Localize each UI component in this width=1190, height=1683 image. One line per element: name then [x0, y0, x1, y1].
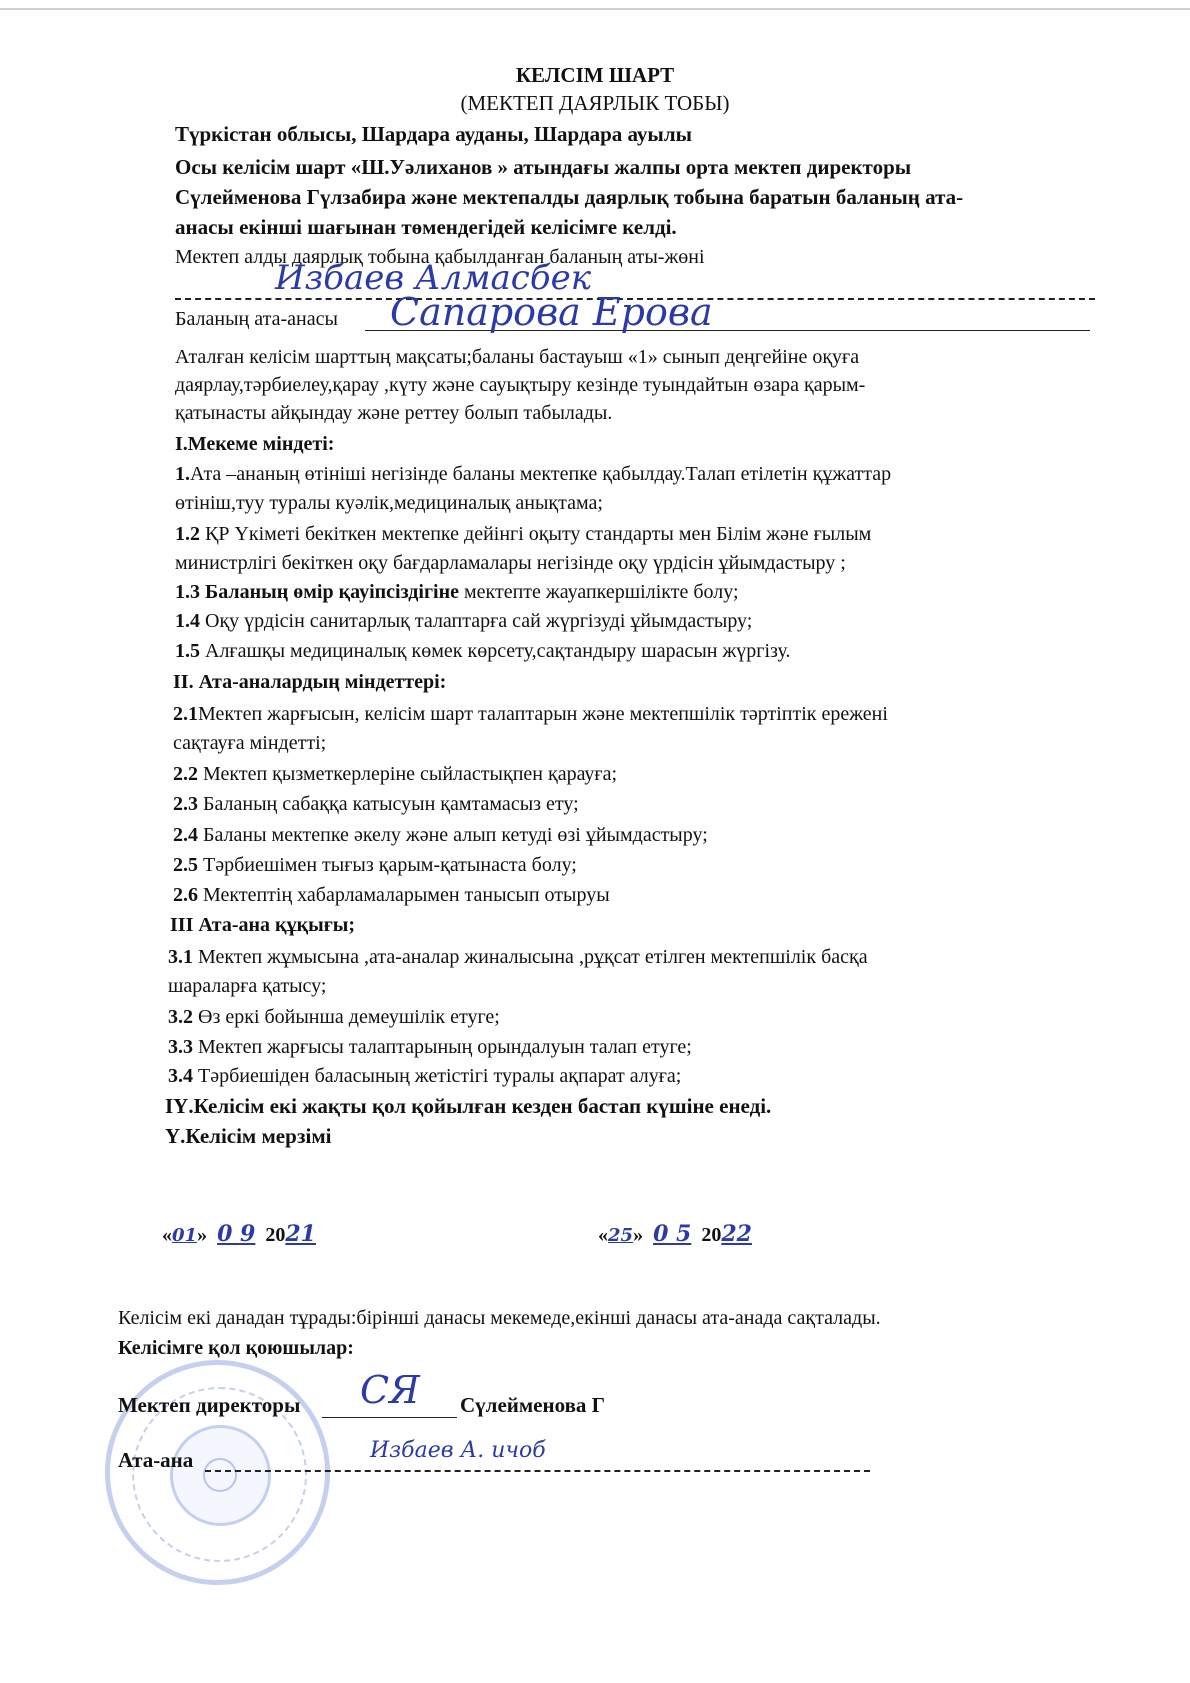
director-signature-line [322, 1417, 457, 1418]
section-1-item-2-cont: министрлігі бекіткен оқу бағдарламалары … [175, 551, 846, 575]
section-2-item-6: 2.6 Мектептің хабарламаларымен танысып о… [173, 883, 610, 907]
end-day: 25 [608, 1225, 633, 1246]
document-subtitle: (МЕКТЕП ДАЯРЛЫК ТОБЫ) [0, 91, 1190, 115]
section-1-item-4: 1.4 Оқу үрдісін санитарлық талаптарға са… [175, 609, 752, 633]
section-1-heading: І.Мекеме міндеті: [175, 432, 334, 456]
location-line: Түркістан облысы, Шардара ауданы, Шардар… [175, 122, 692, 146]
section-2-item-1: 2.1Мектеп жарғысын, келісім шарт талапта… [173, 702, 888, 726]
section-3-item-2: 3.2 Өз еркі бойынша демеушілік етуге; [168, 1005, 500, 1029]
section-2-heading: ІІ. Ата-аналардың міндеттері: [173, 670, 446, 694]
end-month: 0 5 [643, 1221, 701, 1247]
section-2-item-1-cont: сақтауға міндетті; [173, 731, 326, 755]
section-5-heading: Ү.Келісім мерзімі [165, 1124, 331, 1148]
director-label: Мектеп директоры [118, 1393, 300, 1417]
scan-edge-line [0, 8, 1190, 10]
end-year: 22 [721, 1221, 752, 1247]
parent-sign-label: Ата-ана [118, 1448, 193, 1472]
scanned-document-page: КЕЛСІМ ШАРТ (МЕКТЕП ДАЯРЛЫК ТОБЫ) Түркіс… [0, 0, 1190, 1683]
section-3-item-1-cont: шараларға қатысу; [168, 974, 326, 998]
section-2-item-5: 2.5 Тәрбиешімен тығыз қарым-қатынаста бо… [173, 853, 577, 877]
parent-signature: Избаев А. ичоб [370, 1438, 546, 1463]
start-year: 21 [285, 1221, 316, 1247]
section-3-item-4: 3.4 Тәрбиешіден баласының жетістігі тура… [168, 1064, 681, 1088]
section-2-item-3: 2.3 Баланың сабаққа катысуын қамтамасыз … [173, 792, 579, 816]
section-1-item-5: 1.5 Алғашқы медициналық көмек көрсету,са… [175, 639, 791, 663]
term-start-date: «01»0 92021 [162, 1222, 316, 1248]
start-day: 01 [172, 1225, 197, 1246]
signatories-heading: Келісімге қол қоюшылар: [118, 1336, 354, 1360]
copies-note: Келісім екі данадан тұрады:бірінші данас… [118, 1306, 881, 1330]
start-month: 0 9 [207, 1221, 265, 1247]
section-2-item-2: 2.2 Мектеп қызметкерлеріне сыйластықпен … [173, 762, 617, 786]
section-3-item-3: 3.3 Мектеп жарғысы талаптарының орындалу… [168, 1035, 692, 1059]
parent-name-label: Баланың ата-анасы [175, 307, 338, 331]
section-1-item-1: 1.Ата –ананың өтініші негізінде баланы м… [175, 462, 891, 486]
director-name: Сүлейменова Г [460, 1393, 605, 1417]
section-3-item-1: 3.1 Мектеп жұмысына ,ата-аналар жиналысы… [168, 945, 868, 969]
section-4-text: ІҮ.Келісім екі жақты қол қойылған кезден… [165, 1094, 771, 1118]
term-end-date: «25»0 52022 [598, 1222, 752, 1248]
purpose-line-2: даярлау,тәрбиелеу,қарау ,күту және сауық… [175, 373, 865, 397]
parent-name-handwritten: Сапарова Ерова [390, 290, 713, 334]
intro-line-2: Сүлейменова Гүлзабира және мектепалды да… [175, 185, 963, 209]
section-1-item-1-cont: өтініш,туу туралы куәлік,медициналық аны… [175, 491, 603, 515]
section-1-item-2: 1.2 ҚР Үкіметі бекіткен мектепке дейінгі… [175, 522, 871, 546]
purpose-line-3: қатынасты айқындау және реттеу болып таб… [175, 401, 612, 425]
intro-line-3: анасы екінші шағынан төмендегідей келісі… [175, 215, 677, 239]
parent-signature-line [205, 1470, 870, 1472]
section-3-heading: ІІІ Ата-ана құқығы; [170, 913, 355, 937]
document-title: КЕЛСІМ ШАРТ [0, 63, 1190, 87]
section-2-item-4: 2.4 Баланы мектепке әкелу және алып кету… [173, 823, 708, 847]
director-signature: СЯ [360, 1368, 420, 1412]
purpose-line-1: Аталған келісім шарттың мақсаты;баланы б… [175, 345, 859, 369]
section-1-item-3: 1.3 Баланың өмір қауіпсіздігіне мектепте… [175, 580, 739, 604]
intro-line-1: Осы келісім шарт «Ш.Уәлиханов » атындағы… [175, 155, 911, 179]
